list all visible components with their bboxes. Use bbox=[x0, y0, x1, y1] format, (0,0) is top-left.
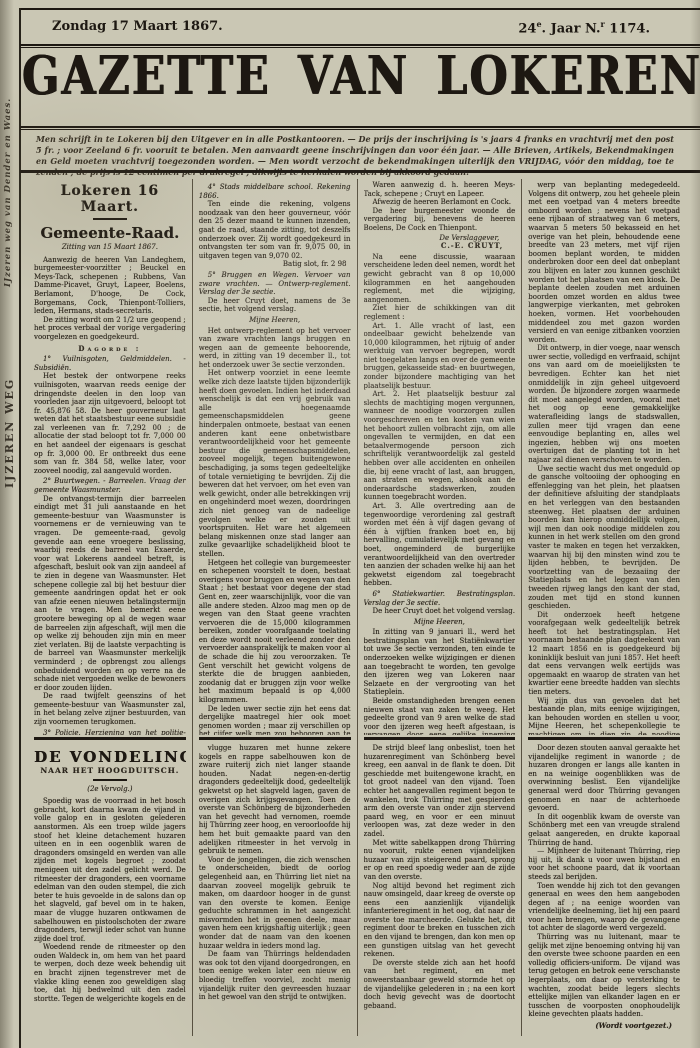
article-columns: Lokeren 16 Maart.Gemeente-Raad.Zitting v… bbox=[28, 179, 686, 1036]
article-paragraph: Uwe sectie wacht dus met ongeduld op de … bbox=[528, 465, 680, 611]
article-paragraph: — Mijnheer de luitenant Thürring, riep h… bbox=[528, 847, 680, 881]
feuilleton-part-label: (2e Vervolg.) bbox=[34, 785, 186, 794]
article-paragraph: Woedend rende de ritmeester op den ouden… bbox=[34, 943, 186, 1003]
balance-line: Batig slot, fr. 2 98 bbox=[199, 260, 351, 269]
body-divider bbox=[20, 170, 700, 173]
column-4: werp van beplanting medegedeeld. Volgens… bbox=[521, 179, 686, 1036]
article-paragraph: Wij zijn dus van gevoelen dat het bestaa… bbox=[528, 697, 680, 735]
article-heading: Gemeente-Raad. bbox=[34, 224, 186, 242]
article-paragraph: Toen wendde hij zich tot den gevangen ge… bbox=[528, 882, 680, 934]
agenda-item-heading: 6° Statiekwartier. Bestratingsplan. Vers… bbox=[364, 590, 516, 607]
column-2-articles: 4° Stads middelbare school. Rekening 186… bbox=[199, 181, 351, 735]
article-paragraph: De heer burgemeester woonde de vergaderi… bbox=[364, 207, 516, 233]
agenda-item-heading: 2° Buurtwegen. - Barreelen. Vraag der ge… bbox=[34, 477, 186, 494]
salutation: Mijne Heeren, bbox=[199, 316, 351, 325]
agenda-item-heading: 3° Policie. Herziening van het politie-r… bbox=[34, 729, 186, 735]
feuilleton-rule bbox=[199, 737, 351, 740]
article-paragraph: Afwezig de heeren Berlamont en Cock. bbox=[364, 198, 516, 207]
article-paragraph: In zitting van 9 januari ll., werd het b… bbox=[364, 628, 516, 697]
column-1-feuilleton: DE VONDELING.NAAR HET HOOGDUITSCH.(2e Ve… bbox=[34, 744, 186, 1036]
column-3-articles: Waren aanwezig d. h. heeren Meys-Tack, s… bbox=[364, 181, 516, 735]
agenda-heading: Dagorde : bbox=[34, 345, 186, 354]
feuilleton-rule bbox=[34, 737, 186, 740]
top-frame-rule bbox=[20, 8, 700, 10]
article-paragraph: De ontvangst-termijn dier barreelen eind… bbox=[34, 495, 186, 693]
article-paragraph: Door dezen stouten aanval geraakte het v… bbox=[528, 744, 680, 813]
short-divider bbox=[93, 218, 127, 220]
article-paragraph: De overste stelde zich aan het hoofd van… bbox=[364, 959, 516, 1011]
article-paragraph: De faam van Thürrings heldendaden was oo… bbox=[199, 950, 351, 1002]
article-paragraph: De strijd bleef lang onbeslist, toen het… bbox=[364, 744, 516, 839]
short-divider bbox=[93, 779, 127, 781]
article-paragraph: Na eene discussie, waaraan verscheidene … bbox=[364, 253, 516, 305]
article-paragraph: Het ontwerp-reglement op het vervoer van… bbox=[199, 327, 351, 370]
column-2-feuilleton: vlugge huzaren met hunne zekere kogels e… bbox=[199, 744, 351, 1036]
column-2: 4° Stads middelbare school. Rekening 186… bbox=[192, 179, 357, 1036]
masthead-divider bbox=[20, 126, 700, 130]
article-paragraph: De raad twijfelt geenszins of het gemeen… bbox=[34, 692, 186, 726]
masthead-title: GAZETTE VAN LOKEREN. bbox=[22, 45, 692, 107]
newspaper-page: IJzeren weg van Dender en Waes. IJZEREN … bbox=[0, 0, 700, 1048]
article-paragraph: Art. 1. Alle vracht of last, een ondeelb… bbox=[364, 322, 516, 391]
salutation: Mijne Heeren, bbox=[364, 618, 516, 627]
session-subheading: Zitting van 15 Maart 1867. bbox=[34, 243, 186, 252]
article-paragraph: De heer Cruyt doet, namens de 3e sectie,… bbox=[199, 297, 351, 314]
article-paragraph: Art. 3. Alle overtreding aan de tegenwoo… bbox=[364, 502, 516, 588]
agenda-item-heading: 4° Stads middelbare school. Rekening 186… bbox=[199, 183, 351, 200]
article-paragraph: Ten einde die rekening, volgens noodzaak… bbox=[199, 200, 351, 260]
feuilleton-title: DE VONDELING. bbox=[34, 748, 186, 766]
article-paragraph: Het ontwerp voorziet in eene leemte welk… bbox=[199, 369, 351, 558]
article-paragraph: Dit onderzoek heeft hetgene voorafgegaan… bbox=[528, 611, 680, 697]
column-4-articles: werp van beplanting medegedeeld. Volgens… bbox=[528, 181, 680, 735]
agenda-item-heading: 5° Bruggen en Wegen. Vervoer van zware v… bbox=[199, 271, 351, 297]
article-paragraph: Spoedig was de voorraad in het bosch geb… bbox=[34, 797, 186, 943]
article-paragraph: Nog altijd bevond het regiment zich nauw… bbox=[364, 882, 516, 959]
feuilleton-continuation-note: (Wordt voortgezet.) bbox=[528, 1022, 680, 1031]
article-paragraph: Met witte sabelkappen drong Thürring nu … bbox=[364, 839, 516, 882]
column-3: Waren aanwezig d. h. heeren Meys-Tack, s… bbox=[357, 179, 522, 1036]
feuilleton-subtitle: NAAR HET HOOGDUITSCH. bbox=[34, 767, 186, 776]
issue-date: Zondag 17 Maart 1867. bbox=[52, 19, 223, 36]
dateline-heading: Lokeren 16 Maart. bbox=[34, 183, 186, 215]
margin-vertical-text-bold: IJZEREN WEG bbox=[3, 298, 16, 488]
issue-number: 24e. Jaar N.r 1174. bbox=[518, 19, 650, 36]
article-paragraph: Waren aanwezig d. h. heeren Meys-Tack, s… bbox=[364, 181, 516, 198]
article-paragraph: Beide omstandigheden brengen eenen nieuw… bbox=[364, 697, 516, 735]
article-paragraph: De leden uwer sectie zijn het eens dat d… bbox=[199, 705, 351, 735]
article-paragraph: De heer Cruyt doet het volgend verslag. bbox=[364, 607, 516, 616]
article-paragraph: Aanwezig de heeren Van Landeghem, burgem… bbox=[34, 256, 186, 316]
article-paragraph: Dit ontwerp, in dier voege, naar wensch … bbox=[528, 344, 680, 464]
column-1: Lokeren 16 Maart.Gemeente-Raad.Zitting v… bbox=[28, 179, 192, 1036]
feuilleton-rule bbox=[528, 737, 680, 740]
agenda-item-heading: 1° Vuilnisgoten, Geldmiddelen. - Subsidi… bbox=[34, 355, 186, 372]
article-paragraph: De zitting wordt om 2 1/2 ure geopend ; … bbox=[34, 316, 186, 342]
column-3-feuilleton: De strijd bleef lang onbeslist, toen het… bbox=[364, 744, 516, 1036]
article-paragraph: In dit oogenblik kwam de overste van Sch… bbox=[528, 813, 680, 847]
article-paragraph: Thürring was nu luitenant, maar te gelij… bbox=[528, 933, 680, 1019]
article-paragraph: vlugge huzaren met hunne zekere kogels e… bbox=[199, 744, 351, 856]
margin-vertical-text: IJzeren weg van Dender en Waes. bbox=[3, 72, 13, 287]
left-frame-rule bbox=[19, 8, 21, 1048]
report-signature-name: C.-E. CRUYT, bbox=[364, 242, 516, 251]
article-paragraph: Voor de jongelingen, die zich wenschen t… bbox=[199, 856, 351, 951]
column-4-feuilleton: Door dezen stouten aanval geraakte het v… bbox=[528, 744, 680, 1036]
article-paragraph: Hetgeen het collegie van burgemeester en… bbox=[199, 559, 351, 705]
article-paragraph: Ziet hier de schikkingen van dit regleme… bbox=[364, 304, 516, 321]
article-paragraph: Het bestek der ontworpene reeks vuilnisg… bbox=[34, 372, 186, 475]
article-paragraph: Art. 2. Het plaatselijk bestuur zal slec… bbox=[364, 390, 516, 502]
dateline-row: Zondag 17 Maart 1867. 24e. Jaar N.r 1174… bbox=[52, 19, 650, 36]
column-1-articles: Lokeren 16 Maart.Gemeente-Raad.Zitting v… bbox=[34, 181, 186, 735]
article-paragraph: werp van beplanting medegedeeld. Volgens… bbox=[528, 181, 680, 344]
feuilleton-rule bbox=[364, 737, 516, 740]
